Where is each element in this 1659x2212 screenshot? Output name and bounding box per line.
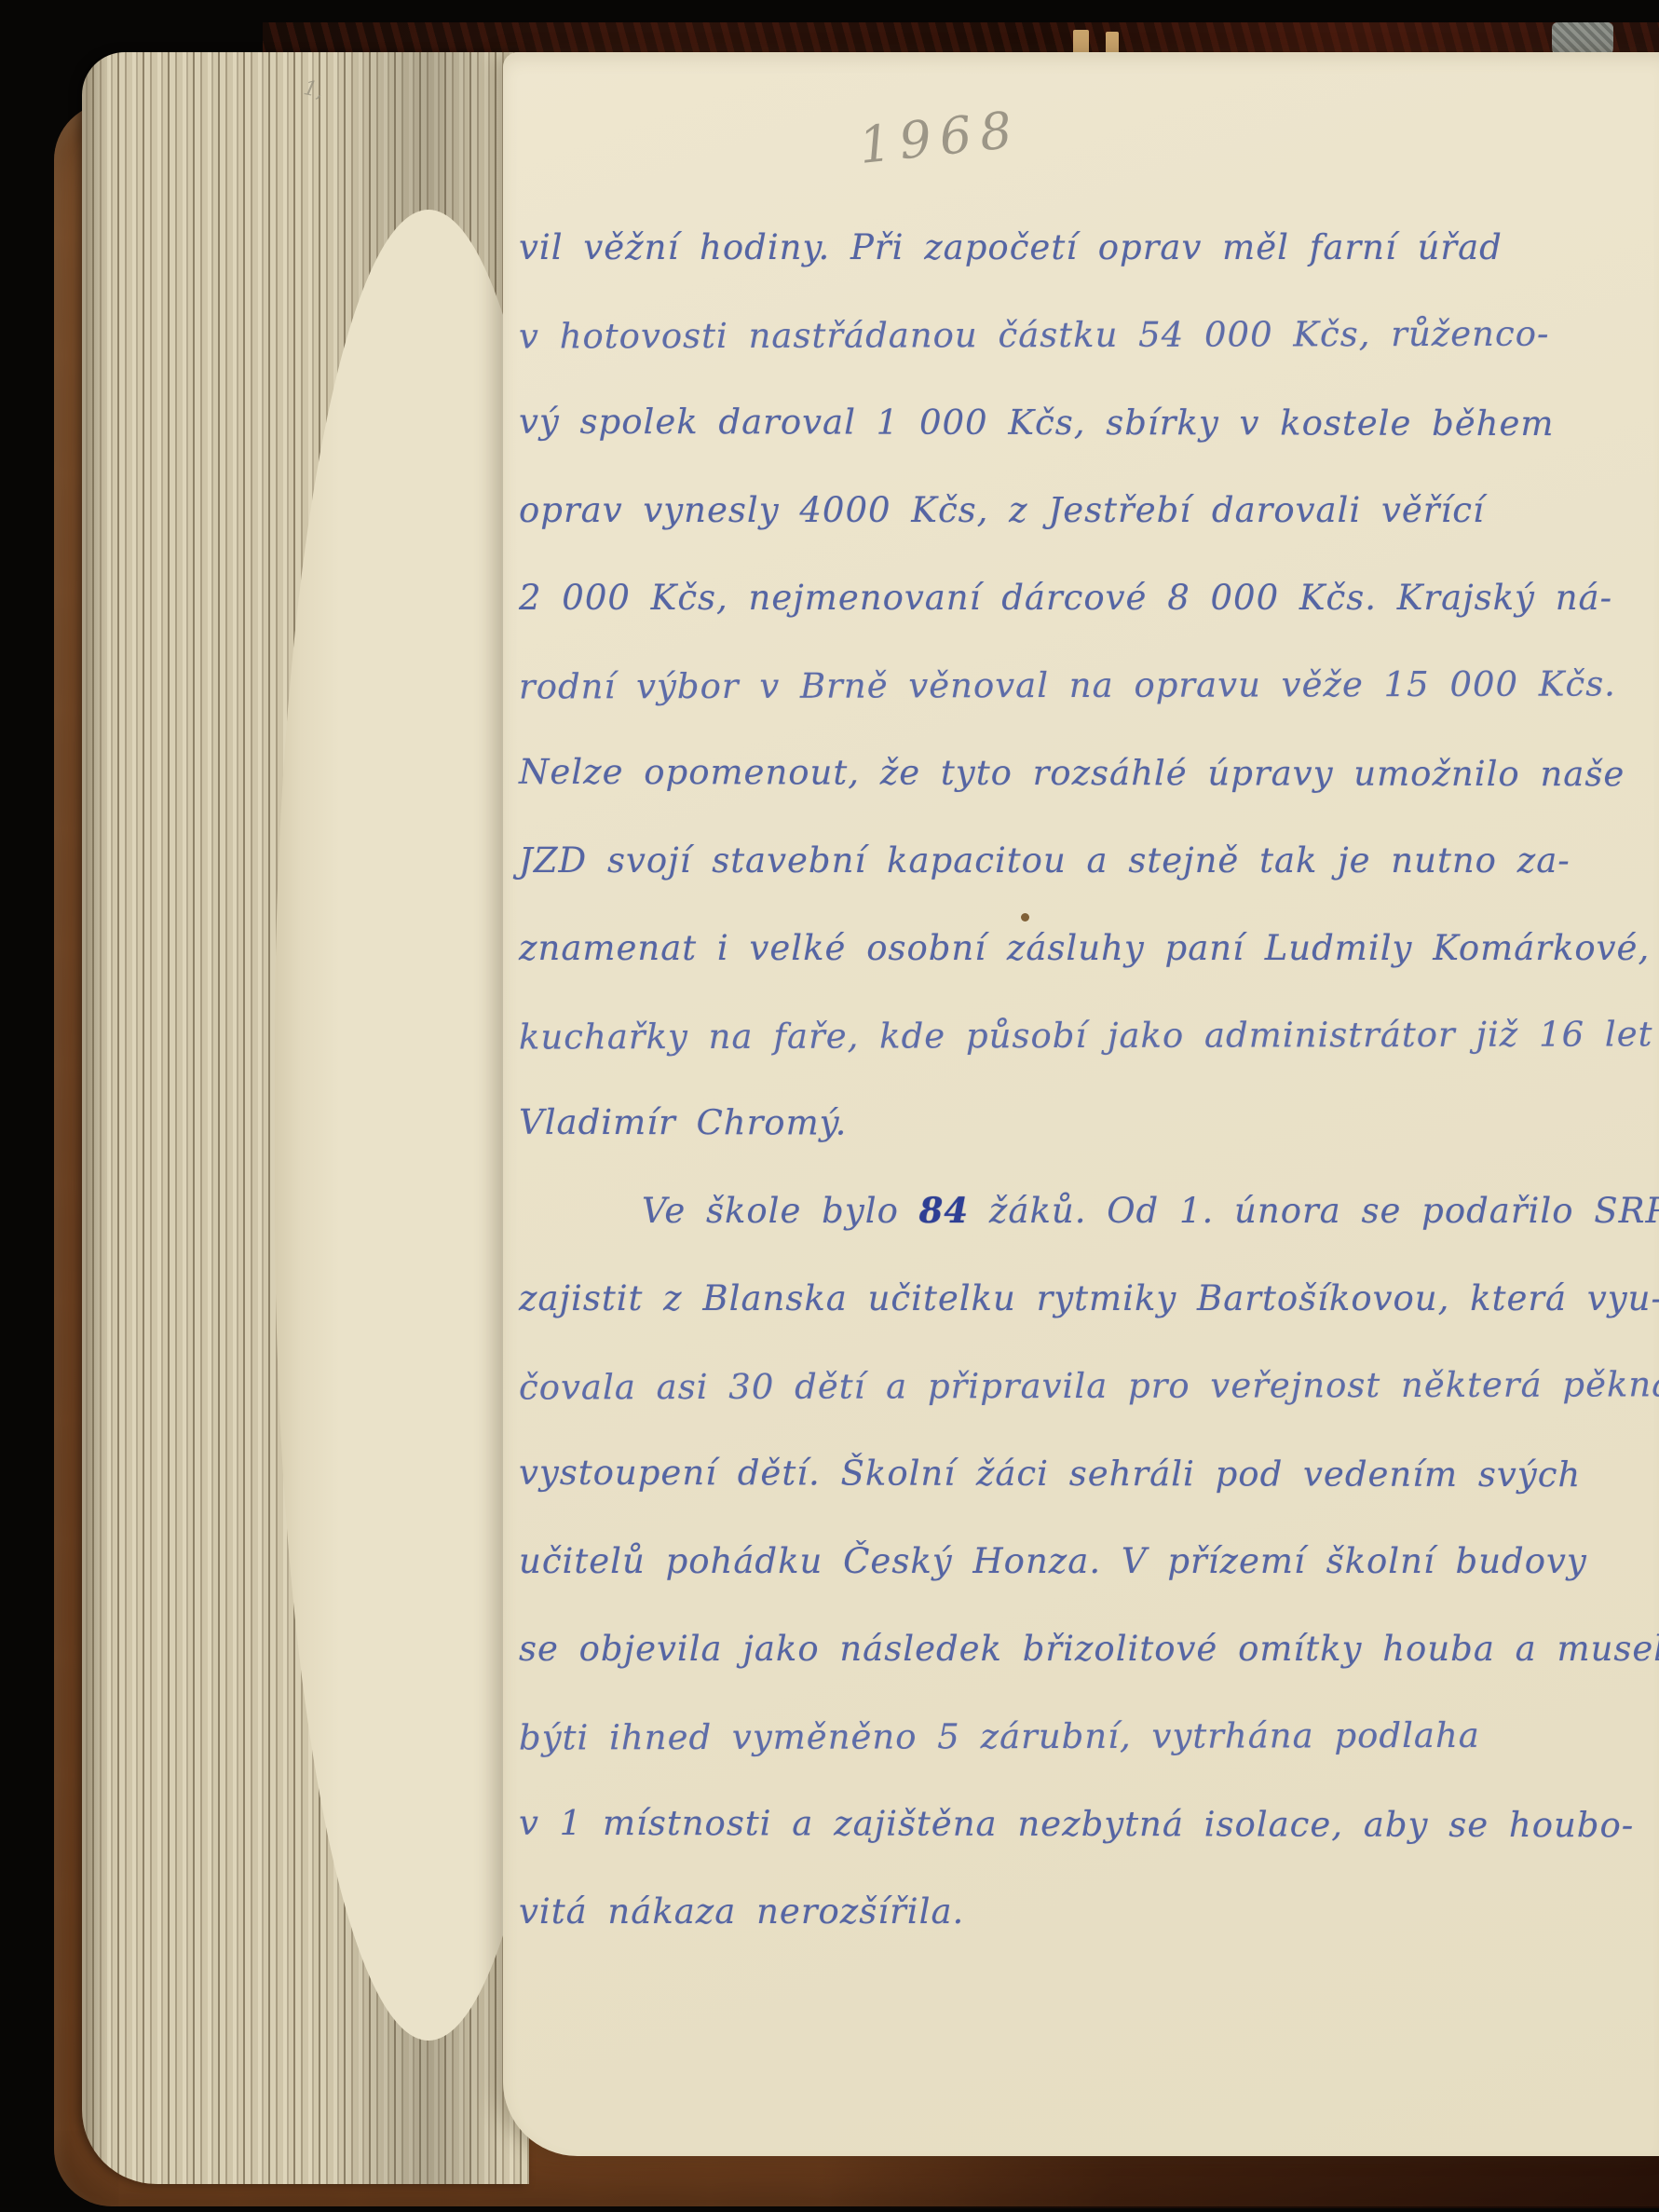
line-text: žáků. Od 1. února se podařilo SRPŠ [969, 1191, 1659, 1231]
handwritten-line: vystoupení dětí. Školní žáci sehráli pod… [519, 1428, 1599, 1518]
handwritten-line: Vladimír Chromý. [519, 1078, 1599, 1167]
handwritten-line: JZD svojí stavební kapacitou a stejně ta… [519, 816, 1599, 904]
handwritten-line: býti ihned vyměněno 5 zárubní, vytrhána … [519, 1690, 1599, 1781]
handwritten-line: znamenat i velké osobní zásluhy paní Lud… [519, 904, 1599, 991]
handwritten-line: Ve škole bylo 84 žáků. Od 1. února se po… [519, 1167, 1599, 1254]
handwritten-line: rodní výbor v Brně věnoval na opravu věž… [519, 639, 1599, 730]
handwriting-block: vil věžní hodiny. Při započetí oprav měl… [519, 203, 1599, 1955]
handwritten-line: zajistit z Blanska učitelku rytmiky Bart… [519, 1254, 1599, 1342]
handwritten-line: vý spolek daroval 1 000 Kčs, sbírky v ko… [519, 377, 1599, 467]
handwritten-line: 2 000 Kčs, nejmenovaní dárcové 8 000 Kčs… [519, 553, 1599, 641]
handwritten-line: Nelze opomenout, že tyto rozsáhlé úpravy… [519, 728, 1599, 817]
handwritten-line: v 1 místnosti a zajištěna nezbytná isola… [519, 1779, 1599, 1868]
scanned-chronicle-photo: 1968 1, vil věžní hodiny. Při započetí o… [0, 0, 1659, 2212]
handwritten-line: vitá nákaza nerozšířila. [519, 1867, 1599, 1955]
handwritten-line: čovala asi 30 dětí a připravila pro veře… [519, 1340, 1599, 1430]
handwritten-line: kuchařky na faře, kde působí jako admini… [519, 990, 1599, 1080]
line-text: Ve škole bylo [642, 1191, 919, 1231]
student-count-correction: 84 [919, 1190, 970, 1231]
handwritten-line: se objevila jako následek břizolitové om… [519, 1604, 1599, 1692]
handwritten-line: vil věžní hodiny. Při započetí oprav měl… [519, 203, 1599, 291]
handwritten-line: oprav vynesly 4000 Kčs, z Jestřebí darov… [519, 466, 1599, 553]
handwritten-line: v hotovosti nastřádanou částku 54 000 Kč… [519, 289, 1599, 379]
handwritten-line: učitelů pohádku Český Honza. V přízemí š… [519, 1517, 1599, 1604]
